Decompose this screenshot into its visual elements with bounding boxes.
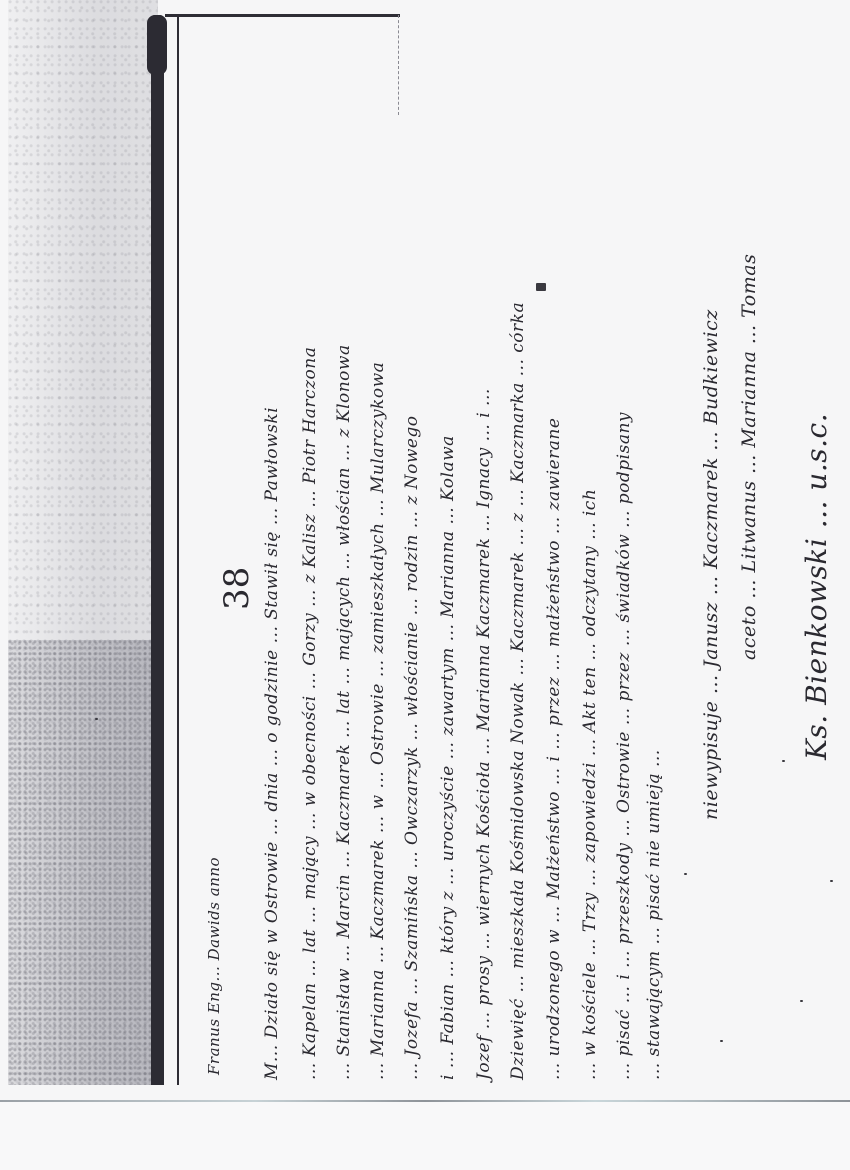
handwritten-line: ... Jozefa ... Szamińska ... Owczarzyk .… <box>402 415 422 1080</box>
signature-witnesses-line-1: niewypisuje ... Janusz ... Kaczmarek ...… <box>700 309 722 820</box>
photocopy-speck <box>830 880 833 882</box>
page-edge-dotted-line <box>398 15 399 115</box>
handwritten-line: ... stawającym ... pisać nie umieją ... <box>644 749 664 1080</box>
handwritten-line: M... Działo się w Ostrowie ... dnia ... … <box>262 407 282 1080</box>
handwritten-line: ... w kościele ... Trzy ... zapowiedzi .… <box>580 489 600 1080</box>
entry-number: 38 <box>217 567 257 610</box>
handwritten-line: i ... Fabian ... który z ... uroczyście … <box>438 435 458 1080</box>
margin-rule-line <box>177 15 179 1085</box>
photocopy-speck <box>720 1040 723 1042</box>
scanned-document-page: 38 Franus Eng... Dawids annoM... Działo … <box>0 0 850 1100</box>
photocopy-shadow-strip-dark <box>8 640 158 1085</box>
handwritten-line: ... pisać ... i ... przeszkody ... Ostro… <box>614 412 634 1080</box>
handwritten-line: Franus Eng... Dawids anno <box>205 857 223 1075</box>
photocopy-blot <box>536 283 546 291</box>
top-rule-line <box>165 14 400 17</box>
handwritten-line: ... Marianna ... Kaczmarek ... w ... Ost… <box>368 362 388 1080</box>
blank-margin <box>0 1102 850 1170</box>
handwritten-line: ... Kapelan ... lat ... mający ... w obe… <box>300 347 320 1080</box>
signature-witnesses-line-2: aceto ... Litwanus ... Marianna ... Toma… <box>738 254 760 660</box>
photocopy-speck <box>95 718 98 720</box>
handwritten-line: ... Stanisław ... Marcin ... Kaczmarek .… <box>334 344 354 1080</box>
book-binding-edge <box>151 15 164 1085</box>
handwritten-line: ... urodzonego w ... Małżeństwo ... i ..… <box>544 418 564 1080</box>
signature-priest: Ks. Bienkowski ... u.s.c. <box>800 413 833 760</box>
photocopy-speck <box>800 1000 803 1002</box>
handwritten-line: Dziewięć ... mieszkała Kośmidowska Nowak… <box>508 302 528 1080</box>
handwritten-line: Jozef ... prosy ... wiernych Kościoła ..… <box>474 388 494 1080</box>
photocopy-speck <box>782 760 785 762</box>
photocopy-speck <box>684 873 687 875</box>
